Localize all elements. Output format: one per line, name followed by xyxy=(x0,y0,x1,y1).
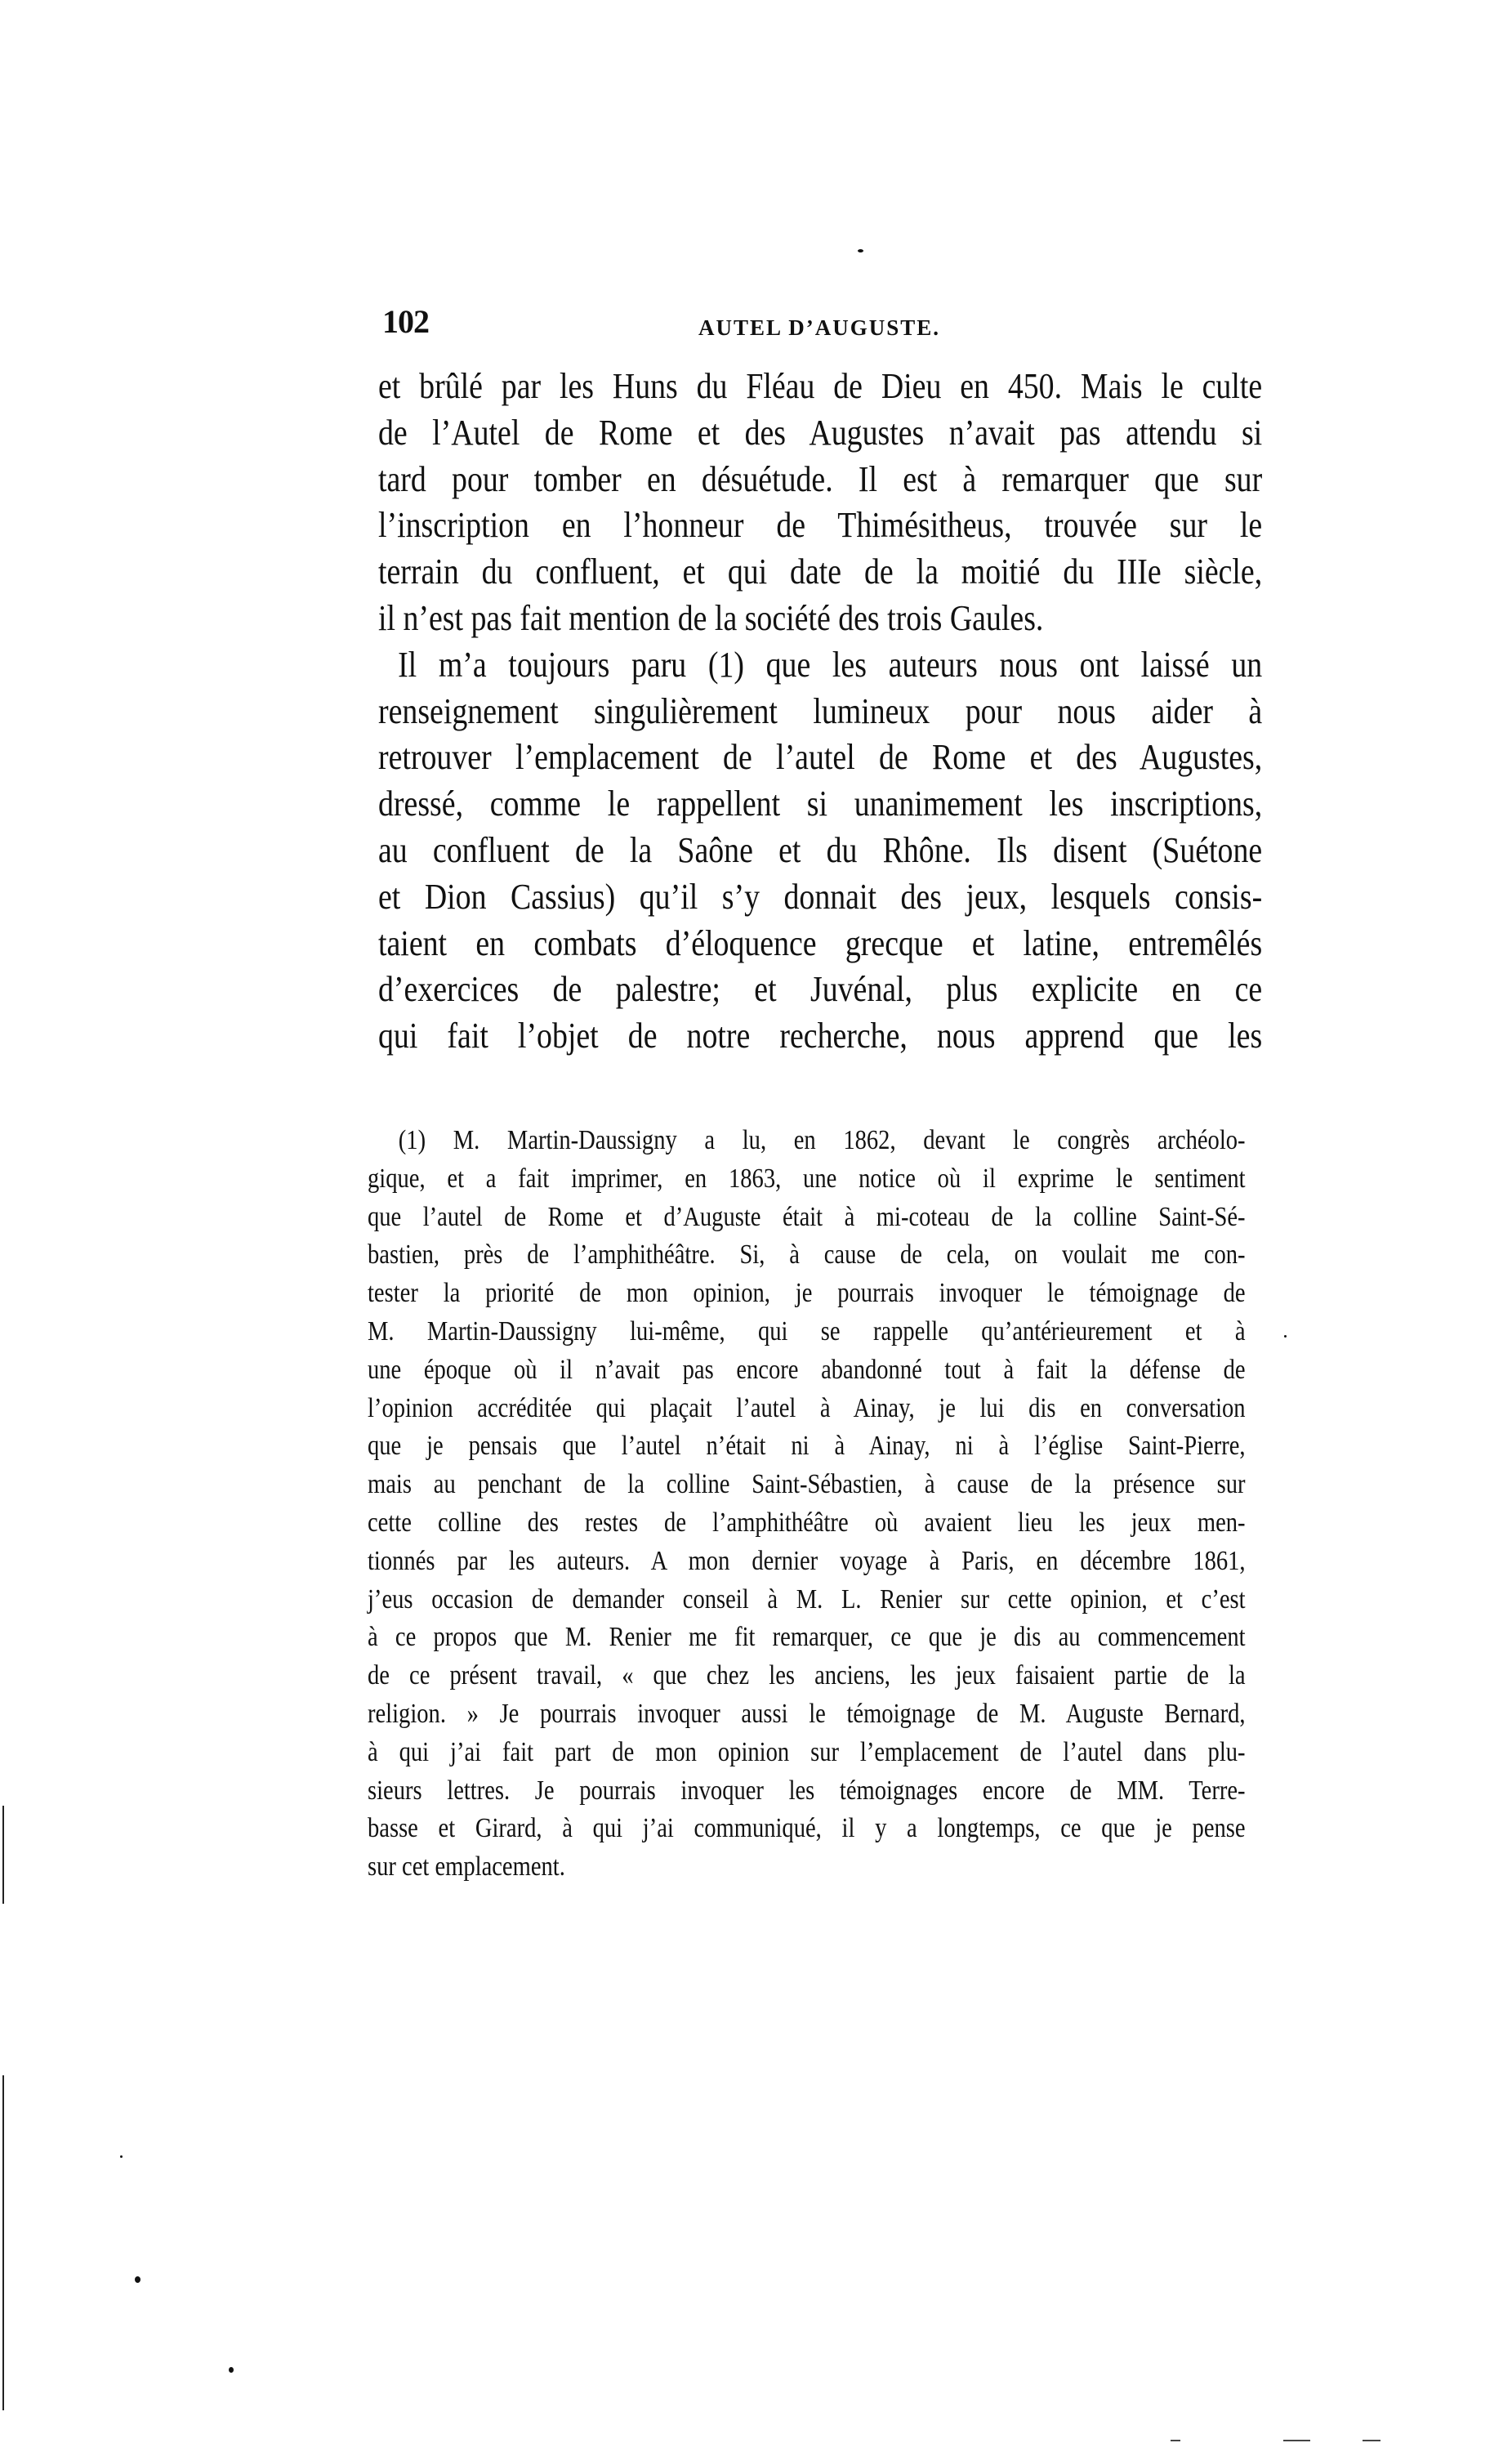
footnote-line: sieurs lettres. Je pourrais invoquer les… xyxy=(368,1772,1246,1811)
body-text: et brûlé par les Huns du Fléau de Dieu e… xyxy=(378,364,1262,1060)
scan-dash xyxy=(1171,2440,1180,2441)
body-line: il n’est pas fait mention de la société … xyxy=(378,596,1262,642)
paragraph-start-line: Il m’a toujours paru (1) que les auteurs… xyxy=(378,642,1262,689)
body-line: renseignement singulièrement lumineux po… xyxy=(378,689,1262,735)
scan-edge-line xyxy=(2,1806,4,1904)
scan-dash xyxy=(1363,2440,1380,2441)
scan-speck xyxy=(1284,1335,1287,1338)
footnote-line: de ce présent travail, « que chez les an… xyxy=(368,1657,1246,1695)
body-line: et Dion Cassius) qu’il s’y donnait des j… xyxy=(378,874,1262,921)
footnote-line: que l’autel de Rome et d’Auguste était à… xyxy=(368,1199,1246,1237)
scan-speck xyxy=(229,2367,234,2373)
scan-speck xyxy=(135,2276,140,2283)
scanned-book-page: 102 AUTEL D’AUGUSTE. et brûlé par les Hu… xyxy=(0,0,1512,2443)
footnote-line: tionnés par les auteurs. A mon dernier v… xyxy=(368,1543,1246,1581)
footnote-line: (1) M. Martin-Daussigny a lu, en 1862, d… xyxy=(368,1122,1246,1160)
footnote-line: sur cet emplacement. xyxy=(368,1848,1246,1887)
running-head: AUTEL D’AUGUSTE. xyxy=(698,315,943,340)
footnote-line: cette colline des restes de l’amphithéât… xyxy=(368,1504,1246,1543)
scan-dash xyxy=(1283,2440,1310,2441)
footnote-line: à ce propos que M. Renier me fit remarqu… xyxy=(368,1619,1246,1657)
footnote-line: mais au penchant de la colline Saint-Séb… xyxy=(368,1466,1246,1504)
footnote-line: j’eus occasion de demander conseil à M. … xyxy=(368,1581,1246,1619)
scan-speck xyxy=(120,2155,123,2158)
footnote-line: M. Martin-Daussigny lui-même, qui se rap… xyxy=(368,1313,1246,1351)
body-line: au confluent de la Saône et du Rhône. Il… xyxy=(378,828,1262,874)
body-line: de l’Autel de Rome et des Augustes n’ava… xyxy=(378,410,1262,457)
footnote: (1) M. Martin-Daussigny a lu, en 1862, d… xyxy=(368,1122,1246,1887)
footnote-line: une époque où il n’avait pas encore aban… xyxy=(368,1351,1246,1390)
footnote-line: religion. » Je pourrais invoquer aussi l… xyxy=(368,1695,1246,1734)
footnote-line: que je pensais que l’autel n’était ni à … xyxy=(368,1427,1246,1466)
page-number: 102 xyxy=(382,304,429,340)
body-line: tard pour tomber en désuétude. Il est à … xyxy=(378,457,1262,503)
body-line: retrouver l’emplacement de l’autel de Ro… xyxy=(378,735,1262,781)
scan-edge-line xyxy=(2,2075,4,2410)
body-line: d’exercices de palestre; et Juvénal, plu… xyxy=(378,967,1262,1013)
scan-speck xyxy=(858,249,863,252)
footnote-line: gique, et a fait imprimer, en 1863, une … xyxy=(368,1160,1246,1199)
body-line: terrain du confluent, et qui date de la … xyxy=(378,549,1262,596)
body-line: qui fait l’objet de notre recherche, nou… xyxy=(378,1013,1262,1060)
body-line: dressé, comme le rappellent si unanimeme… xyxy=(378,781,1262,828)
body-line: taient en combats d’éloquence grecque et… xyxy=(378,921,1262,967)
body-line: et brûlé par les Huns du Fléau de Dieu e… xyxy=(378,364,1262,410)
body-line: l’inscription en l’honneur de Thimésithe… xyxy=(378,502,1262,549)
footnote-line: bastien, près de l’amphithéâtre. Si, à c… xyxy=(368,1236,1246,1275)
footnote-line: tester la priorité de mon opinion, je po… xyxy=(368,1275,1246,1313)
footnote-line: l’opinion accréditée qui plaçait l’autel… xyxy=(368,1390,1246,1428)
footnote-line: à qui j’ai fait part de mon opinion sur … xyxy=(368,1734,1246,1772)
footnote-line: basse et Girard, à qui j’ai communiqué, … xyxy=(368,1810,1246,1848)
